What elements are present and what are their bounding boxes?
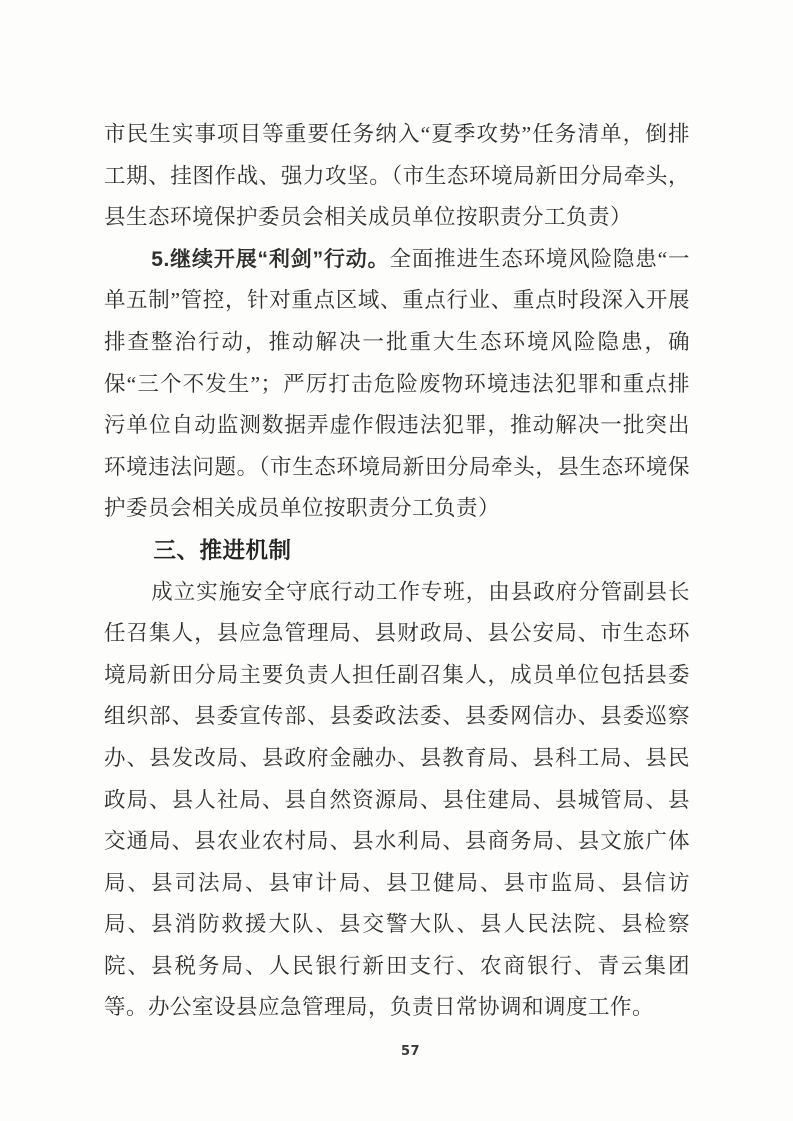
paragraph-mechanism: 成立实施安全守底行动工作专班，由县政府分管副县长任召集人，县应急管理局、县财政局… [104, 572, 690, 1030]
paragraph-continuation: 市民生实事项目等重要任务纳入“夏季攻势”任务清单，倒排工期、挂图作战、强力攻坚。… [104, 114, 690, 239]
paragraph-item-5-lead: 5.继续开展“利剑”行动。 [151, 248, 389, 271]
document-body: 市民生实事项目等重要任务纳入“夏季攻势”任务清单，倒排工期、挂图作战、强力攻坚。… [104, 114, 690, 1029]
paragraph-item-5-body: 全面推进生态环境风险隐患“一单五制”管控，针对重点区域、重点行业、重点时段深入开… [104, 247, 690, 521]
document-page: 市民生实事项目等重要任务纳入“夏季攻势”任务清单，倒排工期、挂图作战、强力攻坚。… [0, 0, 793, 1121]
paragraph-item-5: 5.继续开展“利剑”行动。全面推进生态环境风险隐患“一单五制”管控，针对重点区域… [104, 239, 690, 530]
section-heading-3: 三、推进机制 [104, 530, 690, 572]
page-number: 57 [14, 1044, 793, 1059]
